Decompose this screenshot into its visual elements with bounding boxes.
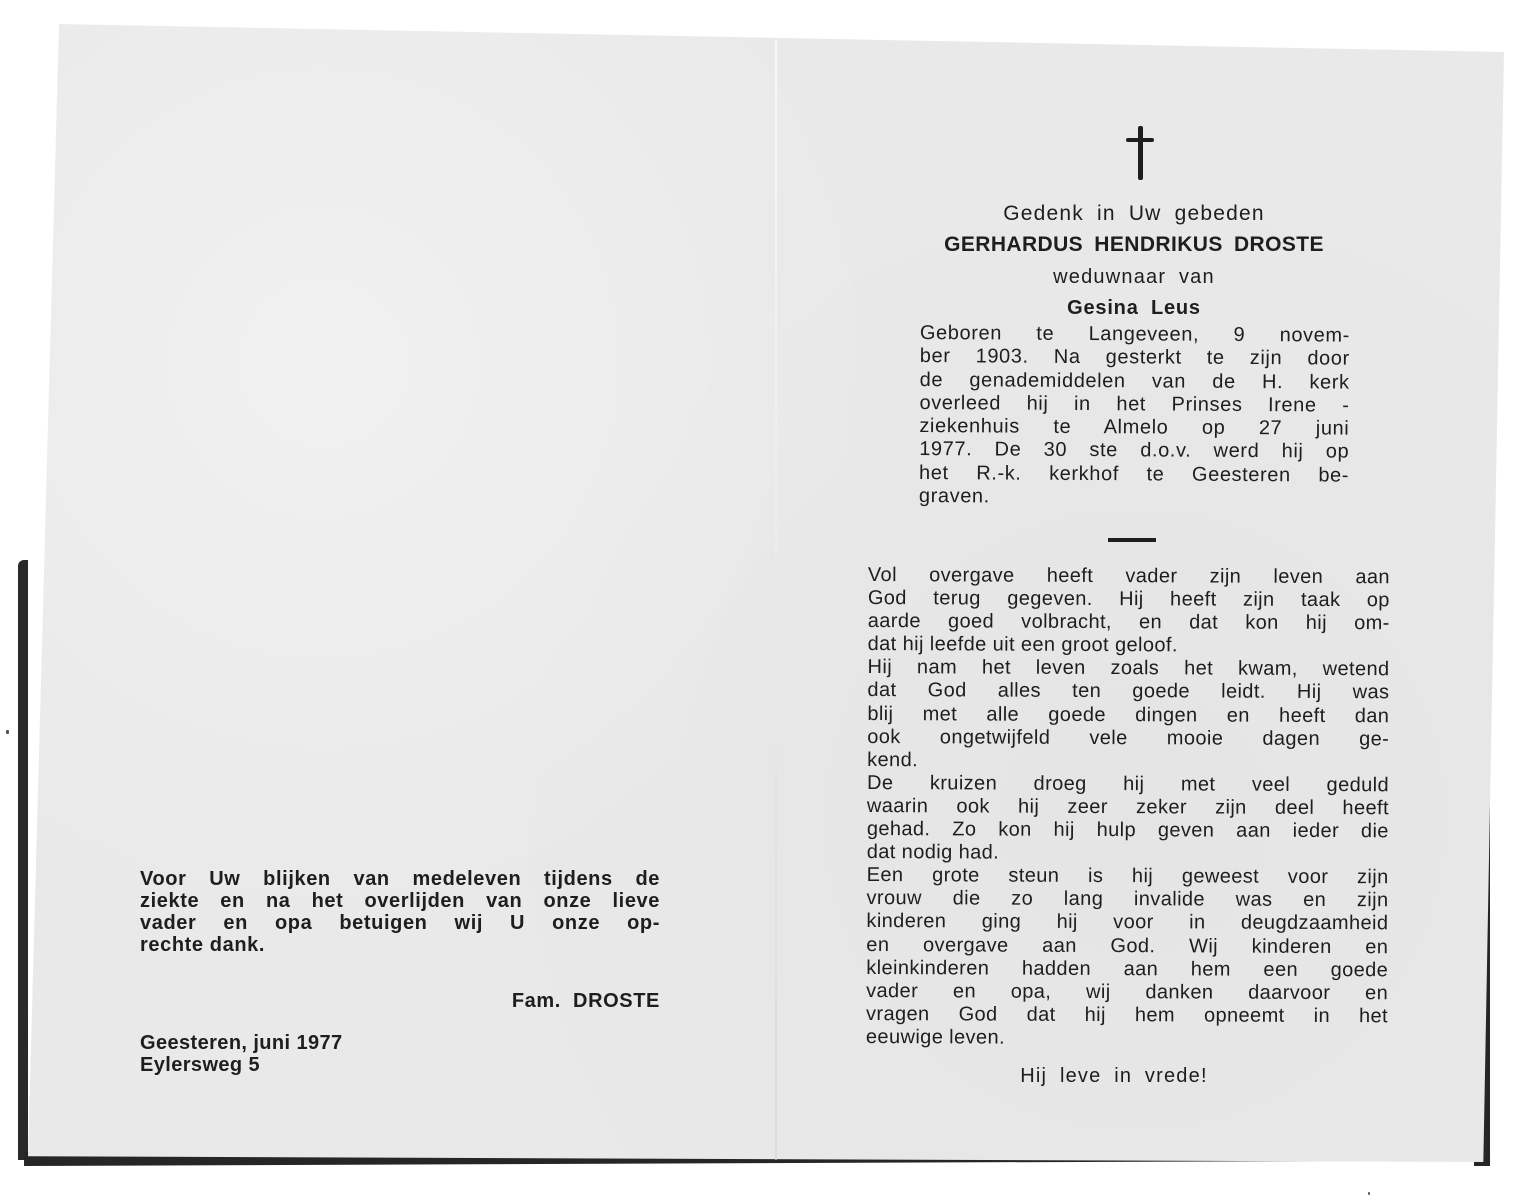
tribute-line: eeuwige leven. [866,1026,1388,1051]
biography-line: overleed hij in het Prinses Irene - [919,392,1349,418]
tribute-line: waarin ook hij zeer zeker zijn deel heef… [867,795,1389,820]
tribute-line: en overgave aan God. Wij kinderen en [866,933,1388,958]
tribute-line: kleinkinderen hadden aan hem een goede [866,957,1388,982]
biography-line: ber 1903. Na gesterkt te zijn door [920,345,1350,371]
thanks-text: Voor Uw blijken van medeleven tijdens de… [140,868,660,956]
tribute-line: Vol overgave heeft vader zijn leven aan [868,564,1390,589]
tribute-line: dat God alles ten goede leidt. Hij was [867,679,1389,704]
tribute-line: Een grote steun is hij geweest voor zijn [867,864,1389,889]
tribute-line: God terug gegeven. Hij heeft zijn taak o… [868,587,1390,612]
tribute-line: vader en opa, wij danken daarvoor en [866,980,1388,1005]
tribute-line: aarde goed volbracht, en dat kon hij om- [868,610,1390,635]
tribute-line: dat hij leefde uit een groot geloof. [868,633,1390,658]
tribute-line: blij met alle goede dingen en heeft dan [867,703,1389,728]
thanks-line: vader en opa betuigen wij U onze op- [140,912,660,934]
cross-icon [1126,126,1156,182]
biography-line: ziekenhuis te Almelo op 27 juni [919,415,1349,441]
tribute-text: Vol overgave heeft vader zijn leven aanG… [866,564,1390,1051]
biography-line: de genademiddelen van de H. kerk [920,369,1350,395]
tribute-line: De kruizen droeg hij met veel geduld [867,772,1389,797]
place-date: Geesteren, juni 1977 [140,1032,400,1054]
scan-speck [6,730,9,734]
card-fold-line [775,40,777,1160]
tribute-line: dat nodig had. [867,841,1389,866]
tribute-line: Hij nam het leven zoals het kwam, wetend [867,656,1389,681]
deceased-name: GERHARDUS HENDRIKUS DROSTE [912,233,1356,257]
tribute-line: kend. [867,749,1389,774]
biography-line: graven. [919,485,1349,511]
divider-rule [1108,538,1156,542]
thanks-line: rechte dank. [140,934,660,956]
address: Eylersweg 5 [140,1054,400,1076]
biography-line: Geboren te Langeveen, 9 novem- [920,322,1350,348]
widower-line: weduwnaar van [918,266,1350,289]
closing-line: Hij leve in vrede! [1004,1065,1224,1088]
thanks-line: ziekte en na het overlijden van onze lie… [140,890,660,912]
scan-shadow-left [18,560,28,1160]
spouse-name: Gesina Leus [918,297,1350,320]
remember-line: Gedenk in Uw gebeden [918,202,1350,226]
biography-line: het R.-k. kerkhof te Geesteren be- [919,462,1349,488]
tribute-line: vrouw die zo lang invalide was en zijn [866,887,1388,912]
thanks-line: Voor Uw blijken van medeleven tijdens de [140,868,660,890]
tribute-line: ook ongetwijfeld vele mooie dagen ge- [867,726,1389,751]
tribute-line: kinderen ging hij voor in deugdzaamheid [866,910,1388,935]
tribute-line: gehad. Zo kon hij hulp geven aan ieder d… [867,818,1389,843]
biography-text: Geboren te Langeveen, 9 novem-ber 1903. … [919,322,1350,511]
biography-line: 1977. De 30 ste d.o.v. werd hij op [919,438,1349,464]
place-address: Geesteren, juni 1977 Eylersweg 5 [140,1032,400,1076]
tribute-line: vragen God dat hij hem opneemt in het [866,1003,1388,1028]
scan-speck [1368,1192,1370,1195]
family-signature: Fam. DROSTE [490,990,660,1013]
